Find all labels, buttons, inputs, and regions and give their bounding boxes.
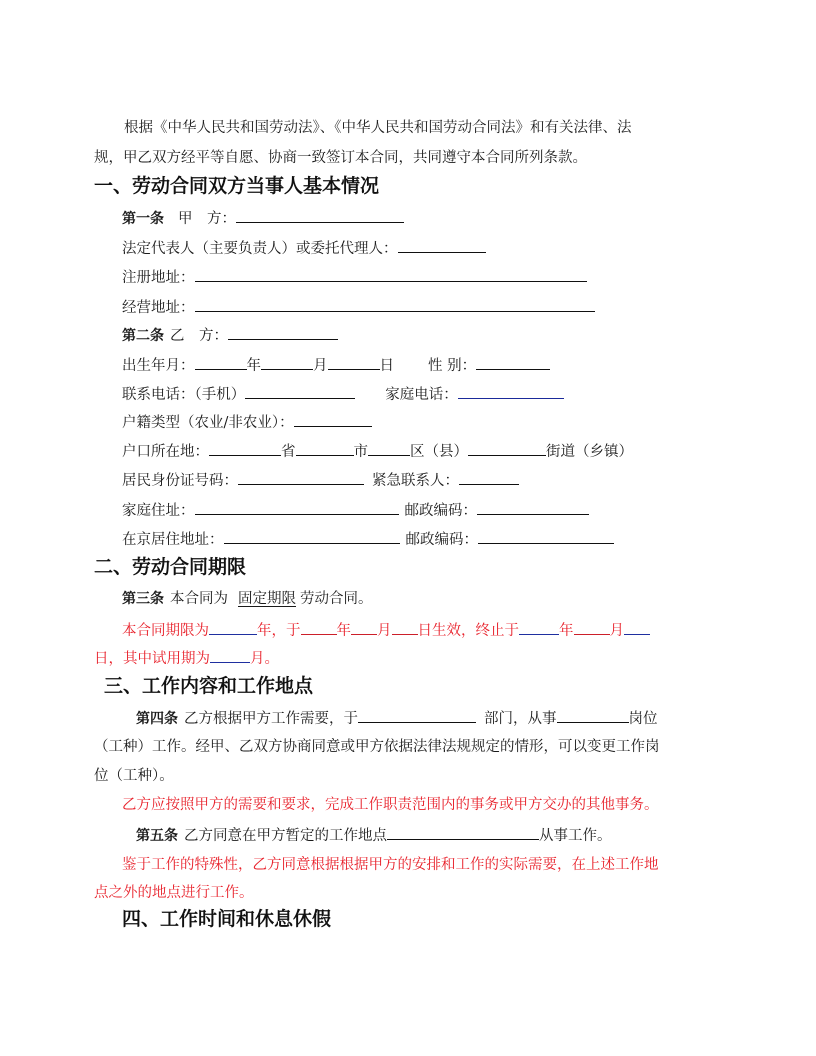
gender-label: 性 别： [428,358,476,374]
id-field[interactable] [238,469,364,485]
start-year-field[interactable] [301,619,337,635]
probation-text-a: 日，其中试用期为 [94,651,210,667]
term-text-c: 年 [337,623,352,639]
section-4-title: 四、工作时间和休息休假 [122,906,331,932]
birth-row: 出生年月：年月日性 别： [122,354,550,376]
beijing-address-field[interactable] [224,528,400,544]
contract-term-type[interactable]: 固定期限 [238,591,296,607]
birth-month-field[interactable] [261,354,313,370]
party-b-field[interactable] [228,324,338,340]
party-a-field[interactable] [236,207,404,223]
term-text-e: 日生效，终止于 [418,623,520,639]
province-label: 省 [281,444,296,460]
term-line-1: 本合同期限为年，于年月日生效，终止于年月 [122,619,650,641]
gender-field[interactable] [476,354,550,370]
mobile-field[interactable] [245,383,355,399]
term-text-b: 年，于 [257,623,301,639]
end-year-field[interactable] [519,619,559,635]
mobile-label: 联系电话：（手机） [122,387,245,403]
article-3-text-b: 劳动合同。 [300,591,373,607]
term-line-2: 日，其中试用期为月。 [94,647,279,669]
article-4-row: 第四条乙方根据甲方工作需要，于部门，从事岗位 [136,707,658,729]
emergency-label: 紧急联系人： [372,473,459,489]
article-3-row: 第三条本合同为固定期限劳动合同。 [122,589,373,609]
end-day-field[interactable] [624,619,650,635]
emergency-field[interactable] [459,469,519,485]
article-4-label: 第四条 [136,711,178,727]
start-month-field[interactable] [351,619,377,635]
preamble-line-1: 根据《中华人民共和国劳动法》、《中华人民共和国劳动合同法》和有关法律、法 [124,118,632,138]
year-label: 年 [247,358,262,374]
phone-row: 联系电话：（手机）家庭电话： [122,383,564,405]
day-label: 日 [380,358,395,374]
birth-year-field[interactable] [195,354,247,370]
district-label: 区（县） [410,444,468,460]
district-field[interactable] [368,440,410,456]
hukou-location-label: 户口所在地： [122,444,209,460]
article-4-text-c: 岗位 [629,711,658,727]
biz-address-label: 经营地址： [122,300,195,316]
reg-address-label: 注册地址： [122,270,195,286]
section-3-title: 三、工作内容和工作地点 [104,673,313,699]
term-text-a: 本合同期限为 [122,623,209,639]
city-field[interactable] [296,440,354,456]
department-field[interactable] [358,707,476,723]
article-4-line-3: 位（工种）。 [94,766,174,786]
position-field[interactable] [557,707,629,723]
hukou-type-label: 户籍类型（农业/非农业）： [122,415,294,431]
reg-address-field[interactable] [195,266,587,282]
article-5-row: 第五条乙方同意在甲方暂定的工作地点从事工作。 [136,824,612,846]
section-1-title: 一、劳动合同双方当事人基本情况 [94,173,379,199]
hukou-location-row: 户口所在地：省市区（县）街道（乡镇） [122,440,633,462]
postcode-label-2: 邮政编码： [406,532,479,548]
home-address-field[interactable] [195,499,399,515]
term-text-g: 月 [610,623,625,639]
work-location-field[interactable] [387,824,539,840]
end-month-field[interactable] [574,619,610,635]
party-a-label: 甲 方： [178,211,236,227]
article-4-text-b: 部门，从事 [484,711,557,727]
special-line-2: 点之外的地点进行工作。 [94,883,254,903]
postcode-field-1[interactable] [477,499,589,515]
section-2-title: 二、劳动合同期限 [94,554,246,580]
street-label: 街道（乡镇） [546,444,633,460]
article-2-party-b-row: 第二条乙 方： [122,324,338,346]
province-field[interactable] [209,440,281,456]
article-3-label: 第三条 [122,591,164,607]
legal-rep-field[interactable] [398,237,486,253]
article-4-line-2: （工种）工作。经甲、乙双方协商同意或甲方依据法律法规规定的情形，可以变更工作岗 [94,737,660,757]
legal-rep-label: 法定代表人（主要负责人）或委托代理人： [122,241,398,257]
home-address-label: 家庭住址： [122,503,195,519]
legal-rep-row: 法定代表人（主要负责人）或委托代理人： [122,237,486,259]
article-5-label: 第五条 [136,828,178,844]
duty-text: 乙方应按照甲方的需要和要求，完成工作职责范围内的事务或甲方交办的其他事务。 [122,795,659,815]
home-address-row: 家庭住址：邮政编码： [122,499,589,521]
birth-day-field[interactable] [328,354,380,370]
hukou-type-row: 户籍类型（农业/非农业）： [122,411,372,433]
article-4-text-a: 乙方根据甲方工作需要，于 [184,711,358,727]
month-label: 月 [313,358,328,374]
city-label: 市 [354,444,369,460]
postcode-label-1: 邮政编码： [405,503,478,519]
article-5-text-b: 从事工作。 [539,828,612,844]
probation-months-field[interactable] [210,647,250,663]
special-line-1: 鉴于工作的特殊性，乙方同意根据根据甲方的安排和工作的实际需要，在上述工作地 [122,855,659,875]
street-field[interactable] [468,440,546,456]
biz-address-row: 经营地址： [122,296,595,318]
term-text-d: 月 [377,623,392,639]
beijing-address-row: 在京居住地址：邮政编码： [122,528,614,550]
article-3-text-a: 本合同为 [170,591,228,607]
biz-address-field[interactable] [195,296,595,312]
article-1-party-a-row: 第一条甲 方： [122,207,404,229]
preamble-line-2: 规，甲乙双方经平等自愿、协商一致签订本合同，共同遵守本合同所列条款。 [94,148,587,168]
postcode-field-2[interactable] [478,528,614,544]
party-b-label: 乙 方： [170,328,228,344]
term-text-f: 年 [559,623,574,639]
home-phone-label: 家庭电话： [385,387,458,403]
beijing-address-label: 在京居住地址： [122,532,224,548]
reg-address-row: 注册地址： [122,266,587,288]
article-5-text-a: 乙方同意在甲方暂定的工作地点 [184,828,387,844]
term-years-field[interactable] [209,619,257,635]
hukou-type-field[interactable] [294,411,372,427]
birth-label: 出生年月： [122,358,195,374]
start-day-field[interactable] [392,619,418,635]
article-2-label: 第二条 [122,328,164,344]
probation-text-b: 月。 [250,651,279,667]
id-row: 居民身份证号码：紧急联系人： [122,469,519,491]
home-phone-field[interactable] [458,383,564,399]
article-1-label: 第一条 [122,211,164,227]
id-label: 居民身份证号码： [122,473,238,489]
